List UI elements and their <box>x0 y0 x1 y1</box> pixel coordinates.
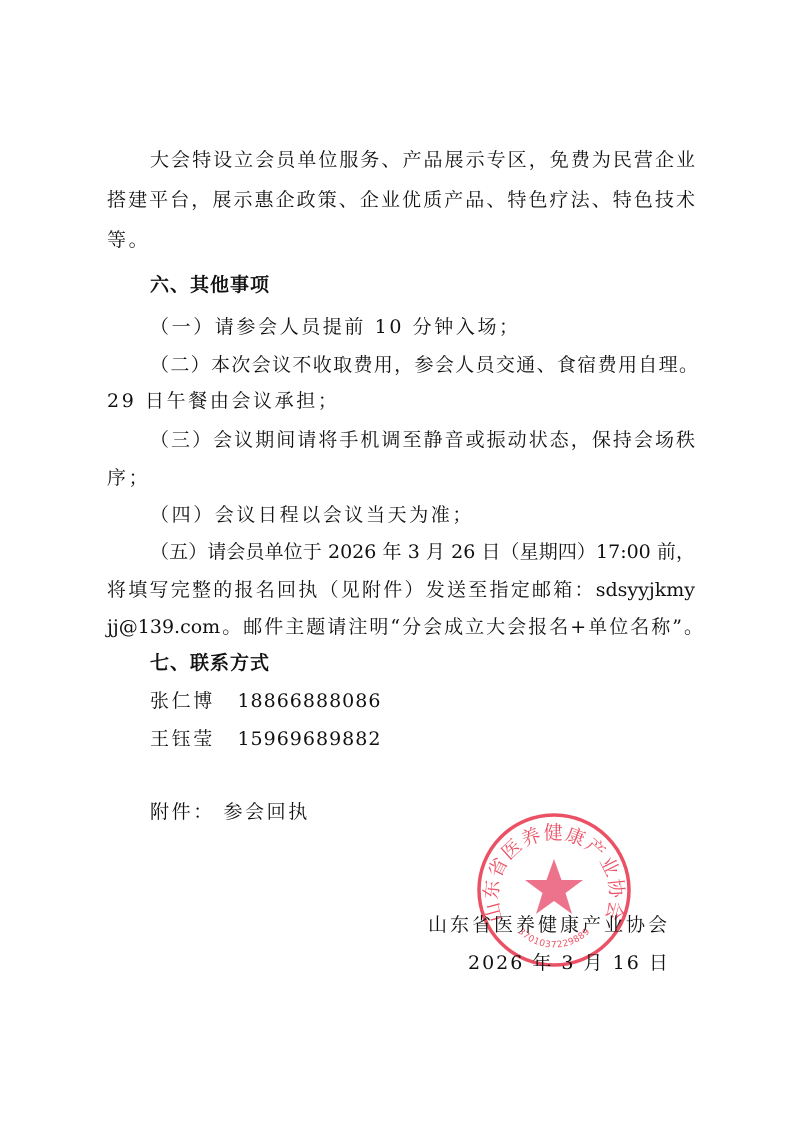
contact-2-name: 王钰莹 <box>150 728 215 750</box>
attachment-line: 附件： 参会回执 <box>150 800 310 824</box>
item-5-line-1: （五）请会员单位于 2026 年 3 月 26 日（星期四）17:00 前， <box>150 540 695 564</box>
section-7-heading: 七、联系方式 <box>150 651 270 675</box>
signature-organization: 山东省医养健康产业协会 <box>428 913 670 937</box>
contact-1-name: 张仁博 <box>150 690 215 712</box>
item-3-line-1: （三）会议期间请将手机调至静音或振动状态，保持会场秩 <box>150 428 695 452</box>
intro-paragraph-line-3: 等。 <box>107 228 150 252</box>
star-icon <box>525 859 583 914</box>
item-2-line-1: （二）本次会议不收取费用，参会人员交通、食宿费用自理。 <box>150 353 698 377</box>
section-6-heading: 六、其他事项 <box>150 273 270 297</box>
official-seal: 山东省医养健康产业协会 3701037229889 <box>476 812 632 968</box>
item-5-line-3: jj@139.com。邮件主题请注明“分会成立大会报名+单位名称”。 <box>107 615 703 639</box>
intro-paragraph-line-1: 大会特设立会员单位服务、产品展示专区，免费为民营企业 <box>150 148 695 172</box>
item-2-line-2: 29 日午餐由会议承担； <box>107 389 339 413</box>
item-5-line-2: 将填写完整的报名回执（见附件）发送至指定邮箱：sdsyyjkmy <box>107 578 695 602</box>
contact-2-phone: 15969689882 <box>237 728 381 750</box>
item-4: （四）会议日程以会议当天为准； <box>150 503 474 527</box>
contact-1: 张仁博 18866888086 <box>150 689 381 713</box>
item-3-line-2: 序； <box>107 466 150 490</box>
contact-2: 王钰莹 15969689882 <box>150 727 381 751</box>
attachment-name: 参会回执 <box>223 801 309 823</box>
seal-icon: 山东省医养健康产业协会 3701037229889 <box>476 812 632 968</box>
item-1: （一）请参会人员提前 10 分钟入场； <box>150 315 521 339</box>
contact-1-phone: 18866888086 <box>237 690 381 712</box>
attachment-label: 附件： <box>150 801 215 823</box>
intro-paragraph-line-2: 搭建平台，展示惠企政策、企业优质产品、特色疗法、特色技术 <box>107 188 695 212</box>
signature-date: 2026 年 3 月 16 日 <box>468 951 670 975</box>
